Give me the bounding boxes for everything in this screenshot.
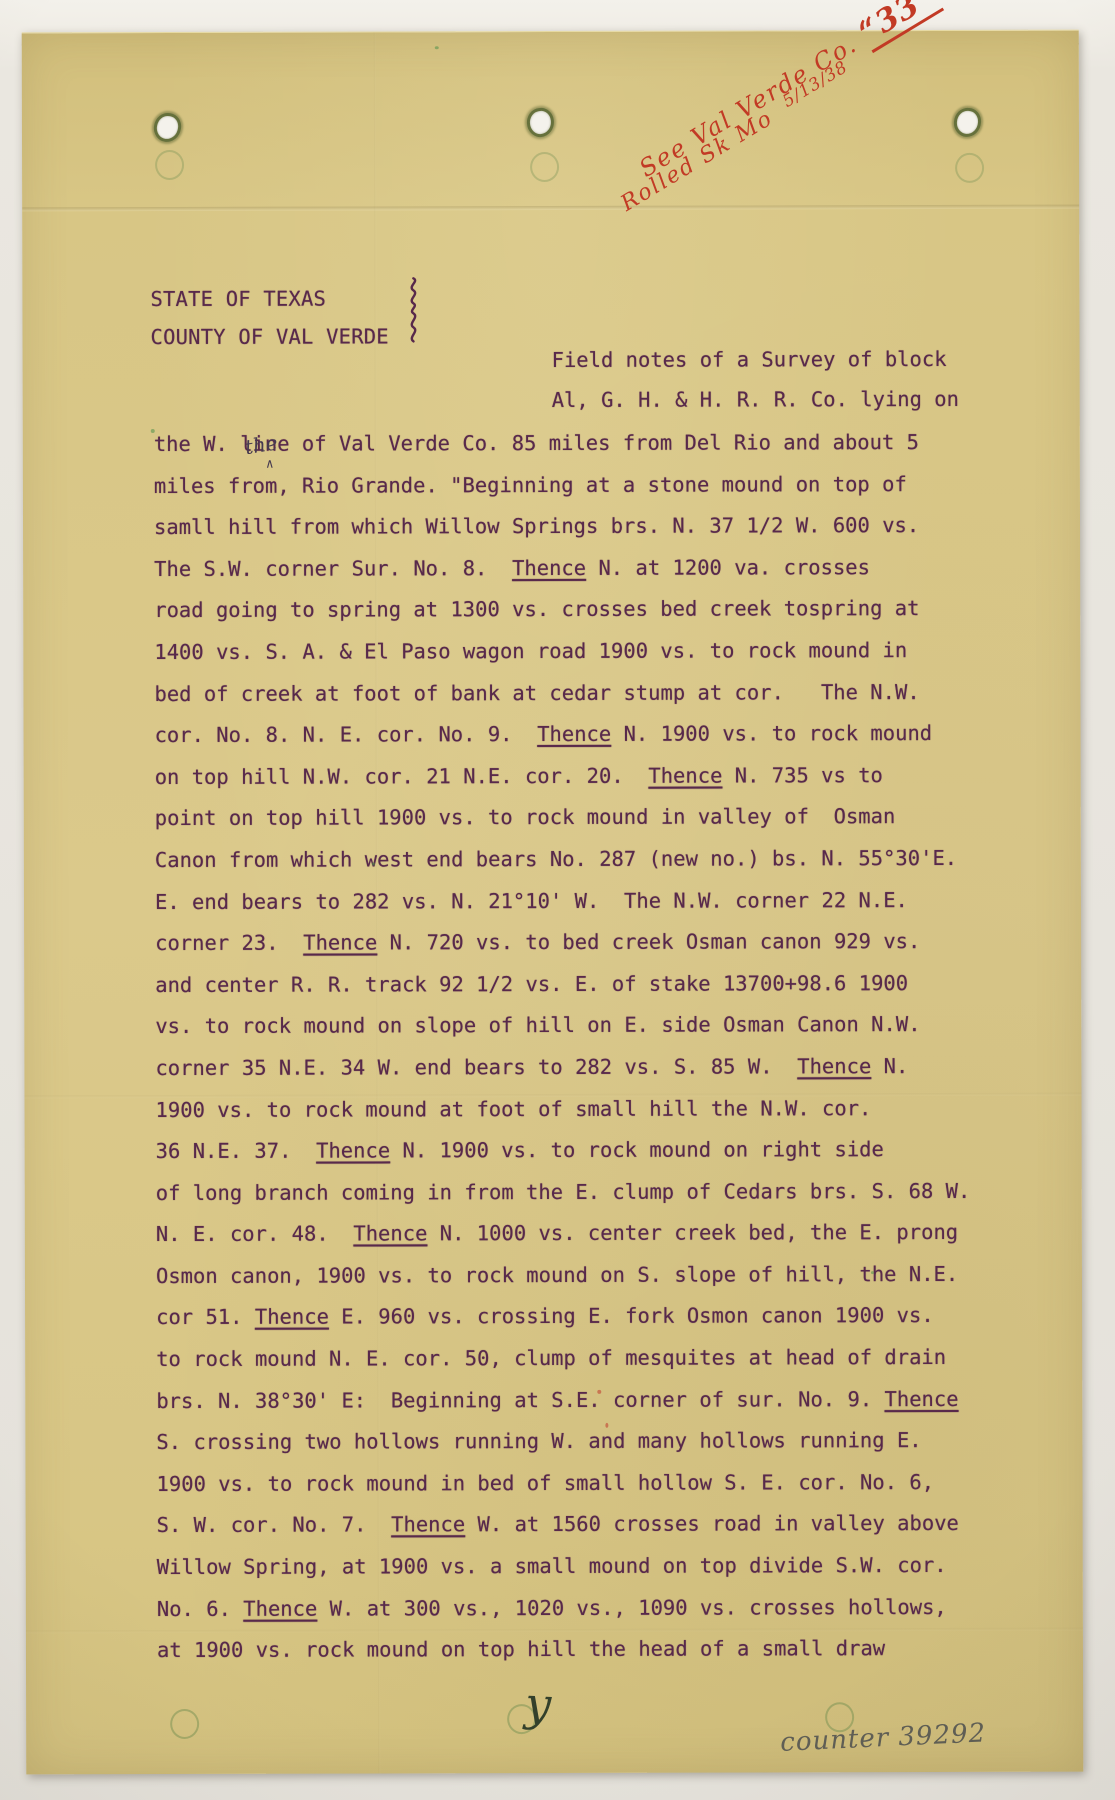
punch-hole [152,111,183,143]
typed-line: Willow Spring, at 1900 vs. a small mound… [157,1545,972,1589]
pencil-counter-note: counter 39292 [780,1718,987,1757]
typed-line: S. crossing two hollows running W. and m… [156,1420,971,1464]
typed-line: cor 51. Thence E. 960 vs. crossing E. fo… [156,1295,971,1339]
header-county-line: COUNTY OF VAL VERDE [150,324,388,349]
red-note-line2: Rolled Sk Mo 5/13/38 [616,0,994,218]
typed-line: N. E. cor. 48. Thence N. 1000 vs. center… [156,1212,971,1256]
typed-line: of long branch coming in from the E. clu… [156,1171,971,1215]
typed-line: point on top hill 1900 vs. to rock mound… [155,796,970,840]
punch-hole [953,107,982,138]
fold-crease [22,205,1079,212]
typed-line: and center R. R. track 92 1/2 vs. E. of … [155,963,970,1007]
typed-brace-icon [405,275,421,349]
typed-line: 1900 vs. to rock mound at foot of small … [155,1087,970,1131]
typed-line: brs. N. 38°30' E: Beginning at S.E. corn… [156,1379,971,1423]
speck [597,1390,601,1394]
red-annotation: See Val Verde Co. “33” Rolled Sk Mo 5/13… [600,0,994,218]
typed-line: Osmon canon, 1900 vs. to rock mound on S… [156,1254,971,1298]
typed-line: cor. No. 8. N. E. cor. No. 9. Thence N. … [155,713,970,757]
typed-line: E. end bears to 282 vs. N. 21°10' W. The… [155,879,970,923]
stamp-ring [170,1709,199,1739]
speck [151,429,155,433]
stamp-ring [955,153,984,183]
typed-line: on top hill N.W. cor. 21 N.E. cor. 20. T… [155,755,970,799]
typed-line: 1900 vs. to rock mound in bed of small h… [156,1462,971,1506]
typed-line: 1400 vs. S. A. & El Paso wagon road 1900… [154,630,969,674]
typed-line: vs. to rock mound on slope of hill on E.… [155,1004,970,1048]
typed-line: corner 23. Thence N. 720 vs. to bed cree… [155,921,970,965]
punch-hole [525,107,555,139]
typed-line: at 1900 vs. rock mound on top hill the h… [157,1628,972,1672]
inserted-word: the [243,430,279,459]
typed-line: samll hill from which Willow Springs brs… [154,505,969,549]
stamp-ring [530,152,559,182]
header-state-line: STATE OF TEXAS [150,287,326,311]
speck [871,1271,874,1274]
typed-line: to rock mound N. E. cor. 50, clump of me… [156,1337,971,1381]
typed-body: the W. line of Val Verde Co. 85 miles fr… [154,422,972,1672]
typed-line: Canon from which west end bears No. 287 … [155,838,970,882]
intro-line-1: Field notes of a Survey of block [552,347,947,372]
speck [605,1423,608,1428]
speck [435,46,439,49]
typed-line: 36 N.E. 37. Thence N. 1900 vs. to rock m… [156,1129,971,1173]
red-note-text: See Val Verde Co. [634,30,862,183]
scanned-document-page: STATE OF TEXAS COUNTY OF VAL VERDE Field… [0,0,1115,1800]
speck [372,862,375,865]
insert-caret: ∧ [266,457,274,472]
typed-line: S. W. cor. No. 7. Thence W. at 1560 cros… [157,1503,972,1547]
stamp-ring [155,150,184,180]
typed-line: road going to spring at 1300 vs. crosses… [154,588,969,632]
y-ink-mark: y [524,1676,553,1731]
typed-line: miles from, Rio Grande. "Beginning at a … [154,464,969,508]
typed-line: corner 35 N.E. 34 W. end bears to 282 vs… [155,1046,970,1090]
typed-line: The S.W. corner Sur. No. 8. Thence N. at… [154,547,969,591]
intro-line-2: Al, G. H. & H. R. R. Co. lying on [552,387,959,412]
typed-line: bed of creek at foot of bank at cedar st… [154,671,969,715]
paper-sheet: STATE OF TEXAS COUNTY OF VAL VERDE Field… [22,30,1084,1775]
typed-line: No. 6. Thence W. at 300 vs., 1020 vs., 1… [157,1587,972,1631]
